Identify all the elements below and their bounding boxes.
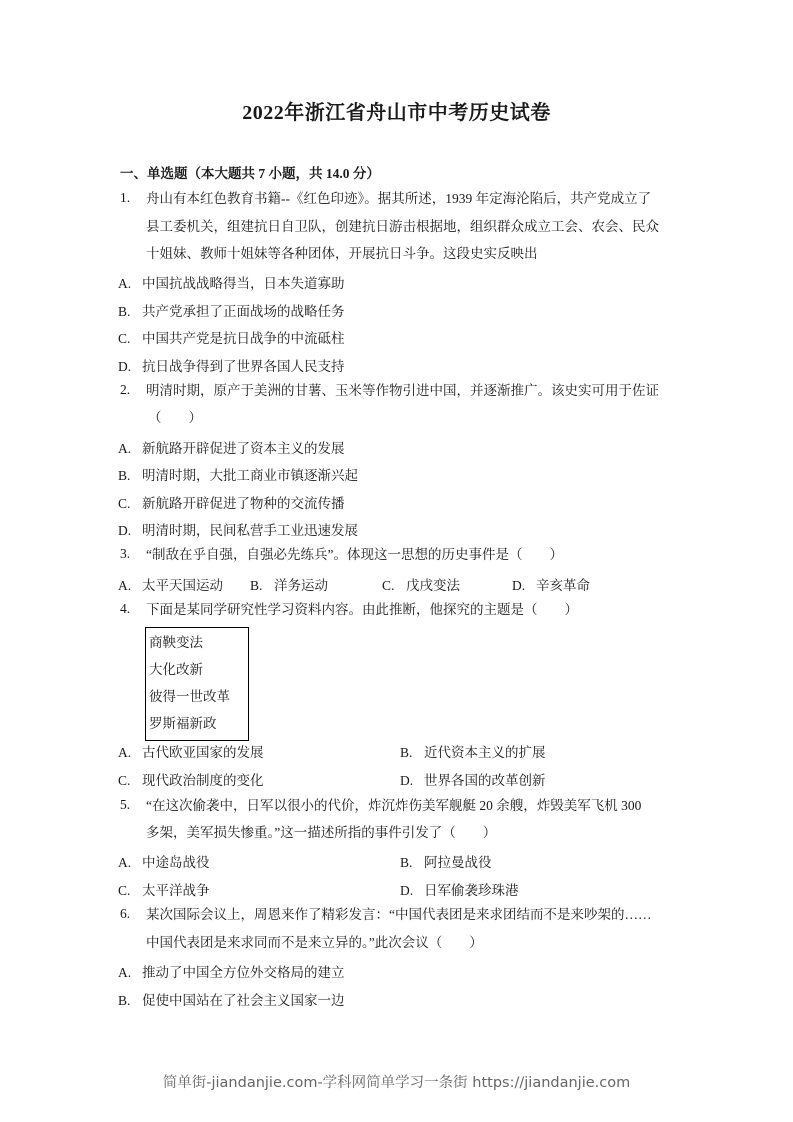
option-a[interactable]: A.古代欧亚国家的发展 [118, 741, 264, 761]
option-text: 抗日战争得到了世界各国人民支持 [142, 359, 345, 374]
material-box: 商鞅变法 大化改新 彼得一世改革 罗斯福新政 [145, 627, 249, 741]
option-label: B. [118, 468, 142, 484]
option-text: 辛亥革命 [536, 578, 590, 593]
option-text: 洋务运动 [274, 578, 328, 593]
option-text: 阿拉曼战役 [424, 855, 492, 870]
option-d[interactable]: D.明清时期，民间私营手工业迅速发展 [118, 519, 358, 539]
option-c[interactable]: C.太平洋战争 [118, 879, 210, 899]
question-number: 6. [120, 906, 130, 922]
material-item: 商鞅变法 [149, 631, 203, 651]
option-b[interactable]: B.洋务运动 [250, 574, 328, 594]
option-text: 世界各国的改革创新 [424, 773, 546, 788]
option-text: 中国共产党是抗日战争的中流砥柱 [142, 331, 345, 346]
question-text-line: （ ） [148, 409, 202, 427]
option-label: B. [118, 304, 142, 320]
option-c[interactable]: C.现代政治制度的变化 [118, 769, 264, 789]
section-heading: 一、单选题（本大题共 7 小题，共 14.0 分） [120, 162, 380, 182]
option-text: 戊戌变法 [406, 578, 460, 593]
option-d[interactable]: D.抗日战争得到了世界各国人民支持 [118, 355, 345, 375]
option-label: D. [400, 883, 424, 899]
material-item: 罗斯福新政 [149, 712, 217, 732]
option-b[interactable]: B.促使中国站在了社会主义国家一边 [118, 989, 345, 1009]
question-text-line: 明清时期，原产于美洲的甘薯、玉米等作物引进中国，并逐渐推广。该史实可用于佐证 [146, 382, 659, 400]
option-text: 现代政治制度的变化 [142, 773, 264, 788]
question-text-line: 中国代表团是来求同而不是来立异的。”此次会议（ ） [146, 934, 483, 952]
option-text: 太平洋战争 [142, 883, 210, 898]
option-label: D. [118, 359, 142, 375]
question-text-line: 舟山有本红色教育书籍--《红色印迹》。据其所述，1939 年定海沦陷后，共产党成… [146, 190, 651, 208]
option-c[interactable]: C.戊戌变法 [382, 574, 460, 594]
option-label: C. [118, 496, 142, 512]
material-item: 彼得一世改革 [149, 685, 230, 705]
option-b[interactable]: B.阿拉曼战役 [400, 851, 492, 871]
option-text: 太平天国运动 [142, 578, 223, 593]
page-title: 2022年浙江省舟山市中考历史试卷 [0, 96, 793, 125]
question-text-line: 多架，美军损失惨重。”这一描述所指的事件引发了（ ） [146, 824, 496, 842]
option-b[interactable]: B.共产党承担了正面战场的战略任务 [118, 300, 345, 320]
option-label: A. [118, 276, 142, 292]
option-label: D. [512, 578, 536, 594]
option-label: A. [118, 965, 142, 981]
option-text: 中国抗战战略得当，日本失道寡助 [142, 276, 345, 291]
question-number: 2. [120, 382, 130, 398]
option-text: 古代欧亚国家的发展 [142, 745, 264, 760]
question-text-line: 县工委机关，组建抗日自卫队，创建抗日游击根据地，组织群众成立工会、农会、民众 [146, 218, 659, 236]
option-b[interactable]: B.明清时期，大批工商业市镇逐渐兴起 [118, 464, 358, 484]
option-text: 明清时期，民间私营手工业迅速发展 [142, 523, 358, 538]
option-a[interactable]: A.中途岛战役 [118, 851, 210, 871]
question-text-line: 十姐妹、教师十姐妹等各种团体，开展抗日斗争。这段史实反映出 [146, 245, 538, 263]
option-a[interactable]: A.太平天国运动 [118, 574, 223, 594]
footer-watermark: 简单街-jiandanjie.com-学科网简单学习一条街 https://ji… [0, 1071, 793, 1092]
option-text: 明清时期，大批工商业市镇逐渐兴起 [142, 468, 358, 483]
option-label: D. [400, 773, 424, 789]
option-d[interactable]: D.世界各国的改革创新 [400, 769, 546, 789]
option-label: B. [250, 578, 274, 594]
option-text: 近代资本主义的扩展 [424, 745, 546, 760]
option-label: A. [118, 441, 142, 457]
question-text-line: 某次国际会议上，周恩来作了精彩发言：“中国代表团是来求团结而不是来吵架的…… [146, 906, 652, 924]
question-number: 3. [120, 546, 130, 562]
option-b[interactable]: B.近代资本主义的扩展 [400, 741, 546, 761]
option-text: 促使中国站在了社会主义国家一边 [142, 993, 345, 1008]
option-label: A. [118, 578, 142, 594]
option-label: B. [118, 993, 142, 1009]
option-label: B. [400, 745, 424, 761]
option-label: C. [118, 773, 142, 789]
option-c[interactable]: C.中国共产党是抗日战争的中流砥柱 [118, 327, 345, 347]
option-a[interactable]: A.新航路开辟促进了资本主义的发展 [118, 437, 345, 457]
option-text: 新航路开辟促进了物种的交流传播 [142, 496, 345, 511]
option-a[interactable]: A.推动了中国全方位外交格局的建立 [118, 961, 345, 981]
material-item: 大化改新 [149, 658, 203, 678]
question-number: 5. [120, 797, 130, 813]
option-text: 推动了中国全方位外交格局的建立 [142, 965, 345, 980]
option-label: C. [382, 578, 406, 594]
option-text: 中途岛战役 [142, 855, 210, 870]
question-text-line: “制敌在乎自强，自强必先练兵”。体现这一思想的历史事件是（ ） [146, 546, 563, 564]
option-d[interactable]: D.辛亥革命 [512, 574, 590, 594]
option-label: A. [118, 745, 142, 761]
question-text-line: “在这次偷袭中，日军以很小的代价，炸沉炸伤美军舰艇 20 余艘，炸毁美军飞机 3… [146, 797, 641, 815]
question-text-line: 下面是某同学研究性学习资料内容。由此推断，他探究的主题是（ ） [146, 601, 578, 619]
option-label: D. [118, 523, 142, 539]
option-text: 日军偷袭珍珠港 [424, 883, 519, 898]
option-label: C. [118, 883, 142, 899]
option-label: C. [118, 331, 142, 347]
option-c[interactable]: C.新航路开辟促进了物种的交流传播 [118, 492, 345, 512]
question-number: 4. [120, 601, 130, 617]
option-a[interactable]: A.中国抗战战略得当，日本失道寡助 [118, 272, 345, 292]
option-label: A. [118, 855, 142, 871]
option-text: 新航路开辟促进了资本主义的发展 [142, 441, 345, 456]
option-text: 共产党承担了正面战场的战略任务 [142, 304, 345, 319]
question-number: 1. [120, 190, 130, 206]
option-d[interactable]: D.日军偷袭珍珠港 [400, 879, 519, 899]
option-label: B. [400, 855, 424, 871]
